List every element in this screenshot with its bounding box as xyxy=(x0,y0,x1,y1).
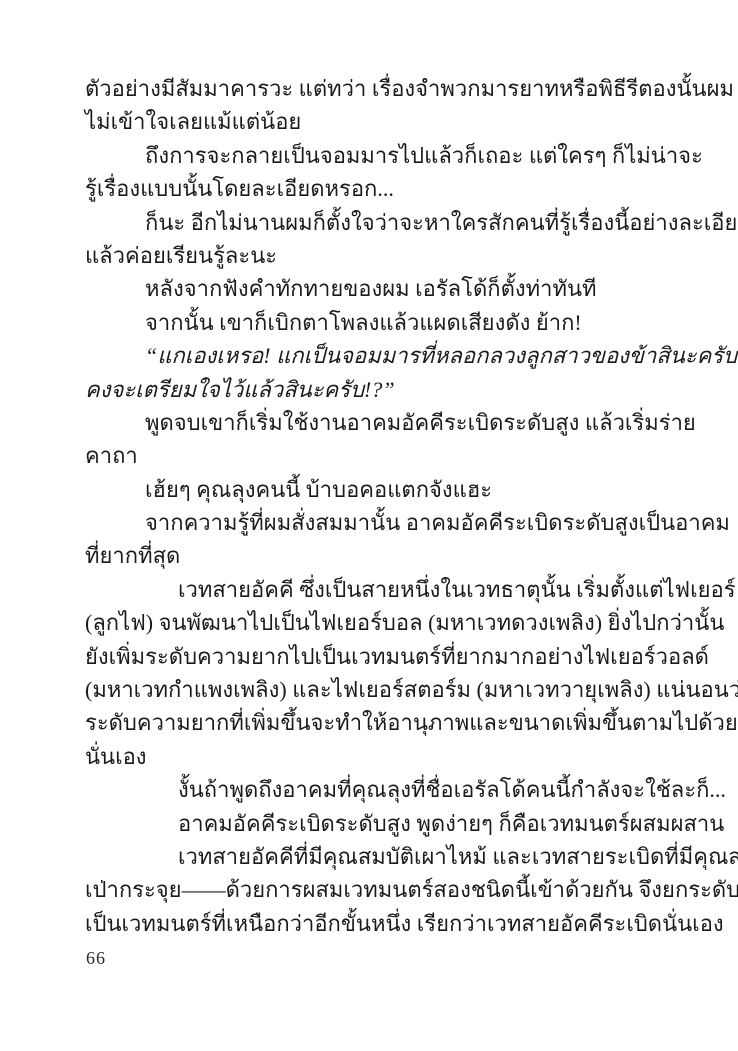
text-line: จากความรู้ที่ผมสั่งสมมานั้น อาคมอัคคีระเ… xyxy=(85,506,655,539)
text-line: (ลูกไฟ) จนพัฒนาไปเป็นไฟเยอร์บอล (มหาเวทด… xyxy=(85,606,655,639)
text-line: เป่ากระจุย——ด้วยการผสมเวทมนตร์สองชนิดนี้… xyxy=(85,873,655,906)
text-line: อาคมอัคคีระเบิดระดับสูง พูดง่ายๆ ก็คือเว… xyxy=(85,807,655,840)
text-line: ตัวอย่างมีสัมมาคารวะ แต่ทว่า เรื่องจำพวก… xyxy=(85,72,655,105)
text-line: ถึงการจะกลายเป็นจอมมารไปแล้วก็เถอะ แต่ใค… xyxy=(85,139,655,172)
book-page: ตัวอย่างมีสัมมาคารวะ แต่ทว่า เรื่องจำพวก… xyxy=(0,0,738,1051)
text-line: เวทสายอัคคีที่มีคุณสมบัติเผาไหม้ และเวทส… xyxy=(85,840,655,873)
text-line: นั่นเอง xyxy=(85,740,655,773)
text-line: ที่ยากที่สุด xyxy=(85,539,655,572)
text-line: ยังเพิ่มระดับความยากไปเป็นเวทมนตร์ที่ยาก… xyxy=(85,640,655,673)
text-line: “แกเองเหรอ! แกเป็นจอมมารที่หลอกลวงลูกสาว… xyxy=(85,339,655,372)
body-text: ตัวอย่างมีสัมมาคารวะ แต่ทว่า เรื่องจำพวก… xyxy=(85,72,655,940)
text-line: ไม่เข้าใจเลยแม้แต่น้อย xyxy=(85,105,655,138)
text-line: หลังจากฟังคำทักทายของผม เอรัลโด้ก็ตั้งท่… xyxy=(85,272,655,305)
text-line: พูดจบเขาก็เริ่มใช้งานอาคมอัคคีระเบิดระดั… xyxy=(85,406,655,439)
text-line: จากนั้น เขาก็เบิกตาโพลงแล้วแผดเสียงดัง ย… xyxy=(85,306,655,339)
text-line: ก็นะ อีกไม่นานผมก็ตั้งใจว่าจะหาใครสักคนท… xyxy=(85,206,655,239)
text-line: แล้วค่อยเรียนรู้ละนะ xyxy=(85,239,655,272)
text-line: เฮ้ยๆ คุณลุงคนนี้ บ้าบอคอแตกจังแฮะ xyxy=(85,473,655,506)
text-line: รู้เรื่องแบบนั้นโดยละเอียดหรอก... xyxy=(85,172,655,205)
text-line: เป็นเวทมนตร์ที่เหนือกว่าอีกขั้นหนึ่ง เรี… xyxy=(85,907,655,940)
text-line: คาถา xyxy=(85,439,655,472)
text-line: งั้นถ้าพูดถึงอาคมที่คุณลุงที่ชื่อเอรัลโด… xyxy=(85,773,655,806)
text-line: (มหาเวทกำแพงเพลิง) และไฟเยอร์สตอร์ม (มหา… xyxy=(85,673,655,706)
text-line: คงจะเตรียมใจไว้แล้วสินะครับ!?” xyxy=(85,373,655,406)
text-line: ระดับความยากที่เพิ่มขึ้นจะทำให้อานุภาพแล… xyxy=(85,706,655,739)
page-number: 66 xyxy=(86,948,106,969)
text-line: เวทสายอัคคี ซึ่งเป็นสายหนึ่งในเวทธาตุนั้… xyxy=(85,573,655,606)
